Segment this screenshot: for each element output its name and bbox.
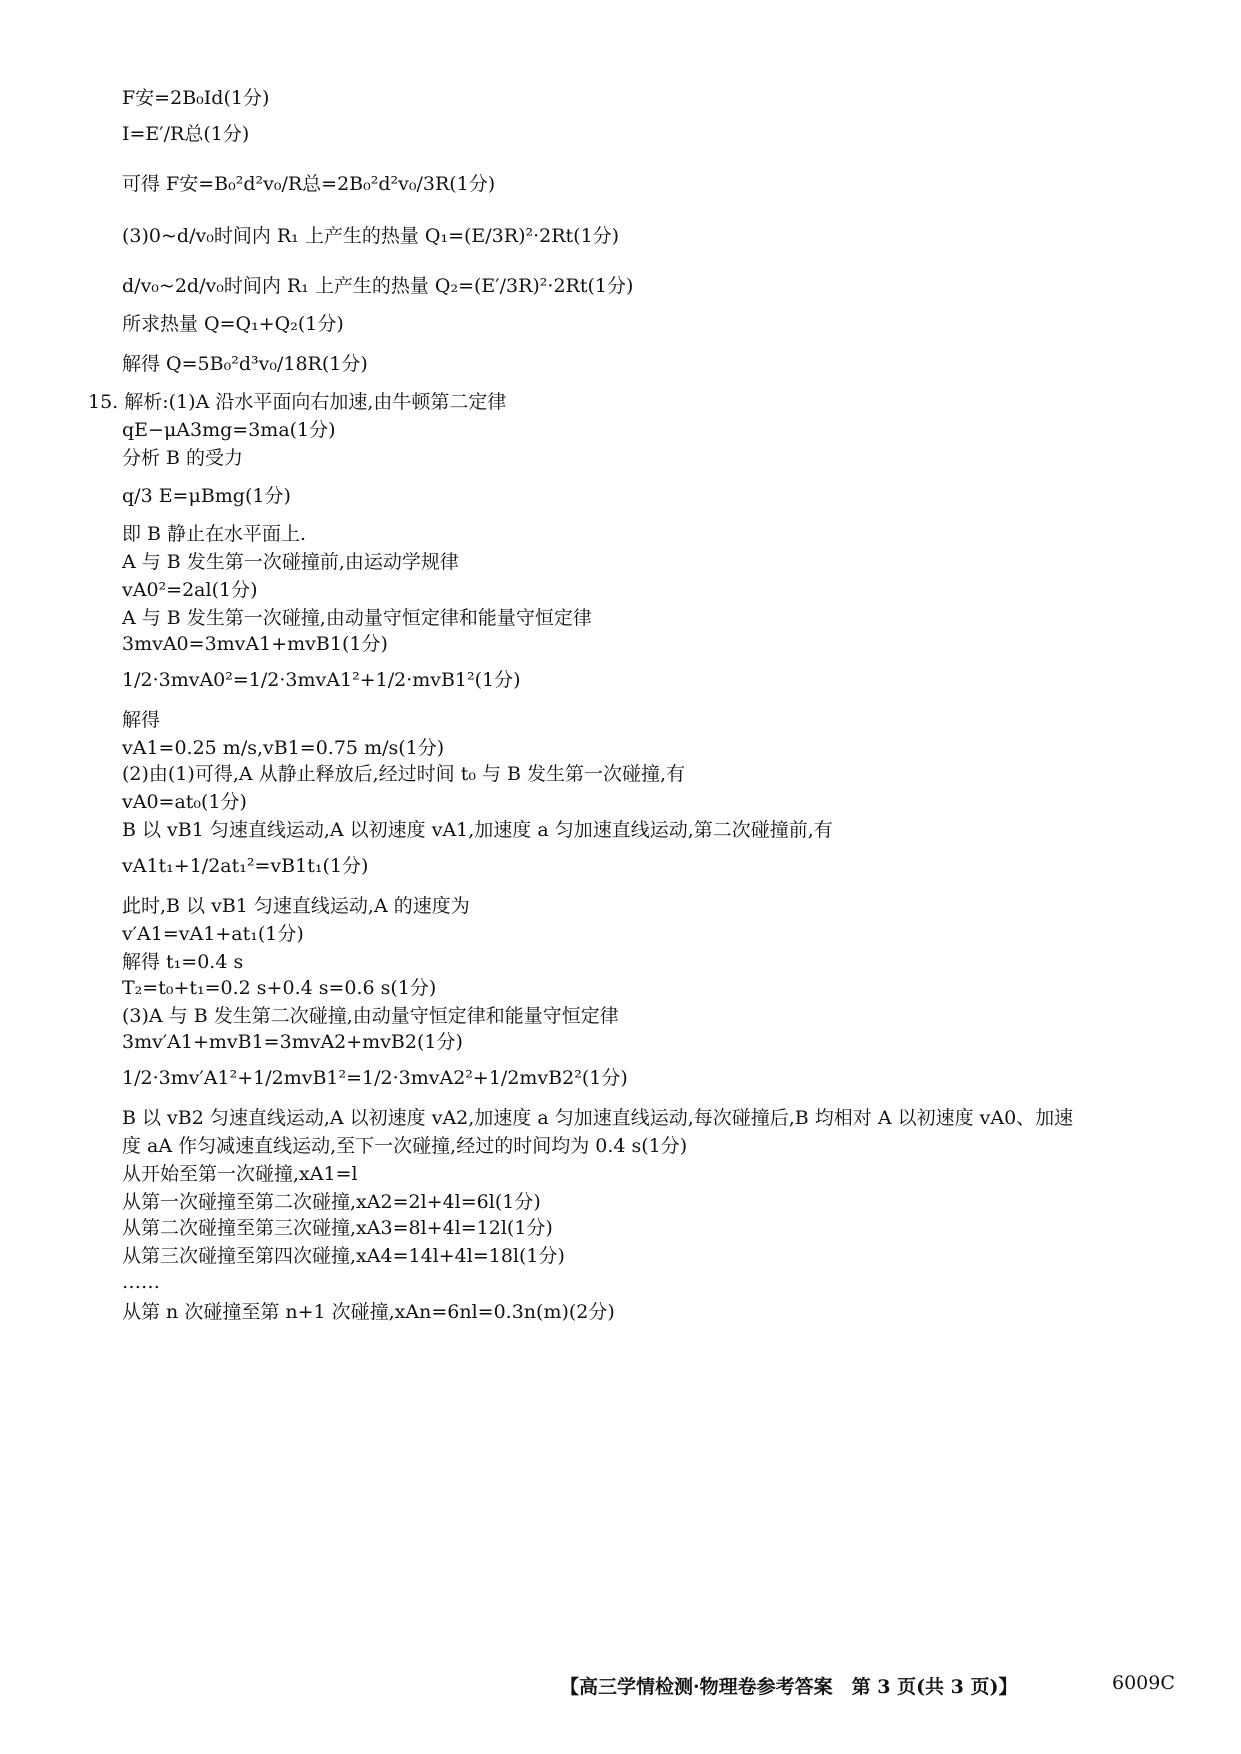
line-momentum-1: 3mvA0=3mvA1+mvB1(1分)	[122, 632, 388, 656]
line-va0: vA0=at₀(1分)	[122, 790, 247, 814]
page-footer-title: 【高三学情检测·物理卷参考答案 第 3 页(共 3 页)】	[560, 1672, 1018, 1699]
line-xan: 从第 n 次碰撞至第 n+1 次碰撞,xAn=6nl=0.3n(m)(2分)	[122, 1300, 615, 1324]
line-part-3: (3)A 与 B 发生第二次碰撞,由动量守恒定律和能量守恒定律	[122, 1004, 619, 1028]
line-energy-2: 1/2·3mv′A1²+1/2mvB1²=1/2·3mvA2²+1/2mvB2²…	[122, 1066, 628, 1090]
line-ampere-force-result: 可得 F安=B₀²d²v₀/R总=2B₀²d²v₀/3R(1分)	[122, 172, 495, 196]
line-velocities-1: vA1=0.25 m/s,vB1=0.75 m/s(1分)	[122, 736, 444, 760]
line-relative-motion: B 以 vB2 匀速直线运动,A 以初速度 vA2,加速度 a 匀加速直线运动,…	[122, 1106, 1073, 1130]
line-b-static: 即 B 静止在水平面上.	[122, 522, 306, 546]
line-va1-prime: v′A1=vA1+at₁(1分)	[122, 922, 304, 946]
page-footer-code: 6009C	[1112, 1672, 1175, 1694]
line-kinematics: vA0²=2al(1分)	[122, 578, 258, 602]
line-heat-q1: (3)0~d/v₀时间内 R₁ 上产生的热量 Q₁=(E/3R)²·2Rt(1分…	[122, 224, 619, 248]
line-a-velocity-desc: 此时,B 以 vB1 匀速直线运动,A 的速度为	[122, 894, 470, 918]
question-15-heading: 15. 解析:(1)A 沿水平面向右加速,由牛顿第二定律	[88, 390, 506, 414]
line-motion-desc: B 以 vB1 匀速直线运动,A 以初速度 vA1,加速度 a 匀加速直线运动,…	[122, 818, 833, 842]
line-energy-1: 1/2·3mvA0²=1/2·3mvA1²+1/2·mvB1²(1分)	[122, 668, 521, 692]
line-heat-q2: d/v₀~2d/v₀时间内 R₁ 上产生的热量 Q₂=(E′/3R)²·2Rt(…	[122, 274, 633, 298]
line-analyze-b: 分析 B 的受力	[122, 446, 243, 470]
line-xa3: 从第二次碰撞至第三次碰撞,xA3=8l+4l=12l(1分)	[122, 1216, 553, 1240]
line-xa1: 从开始至第一次碰撞,xA1=l	[122, 1162, 358, 1186]
line-displacement-eq: vA1t₁+1/2at₁²=vB1t₁(1分)	[122, 854, 368, 878]
line-t1: 解得 t₁=0.4 s	[122, 950, 243, 974]
line-part-2: (2)由(1)可得,A 从静止释放后,经过时间 t₀ 与 B 发生第一次碰撞,有	[122, 762, 685, 786]
line-ellipsis: ……	[122, 1270, 160, 1294]
line-solve-label: 解得	[122, 708, 160, 732]
line-current: I=E′/R总(1分)	[122, 122, 249, 146]
line-t2: T₂=t₀+t₁=0.2 s+0.4 s=0.6 s(1分)	[122, 976, 436, 1000]
line-momentum-2: 3mv′A1+mvB1=3mvA2+mvB2(1分)	[122, 1030, 463, 1054]
line-xa4: 从第三次碰撞至第四次碰撞,xA4=14l+4l=18l(1分)	[122, 1244, 565, 1268]
line-xa2: 从第一次碰撞至第二次碰撞,xA2=2l+4l=6l(1分)	[122, 1190, 541, 1214]
line-heat-solution: 解得 Q=5B₀²d³v₀/18R(1分)	[122, 352, 368, 376]
line-relative-motion-cont: 度 aA 作匀减速直线运动,至下一次碰撞,经过的时间均为 0.4 s(1分)	[122, 1134, 687, 1158]
line-before-collision: A 与 B 发生第一次碰撞前,由运动学规律	[122, 550, 459, 574]
line-first-collision: A 与 B 发生第一次碰撞,由动量守恒定律和能量守恒定律	[122, 606, 592, 630]
line-newton-a: qE−μA3mg=3ma(1分)	[122, 418, 336, 442]
line-ampere-force: F安=2B₀Id(1分)	[122, 86, 269, 110]
line-total-heat: 所求热量 Q=Q₁+Q₂(1分)	[122, 312, 344, 336]
line-force-b: q/3 E=μBmg(1分)	[122, 484, 291, 508]
